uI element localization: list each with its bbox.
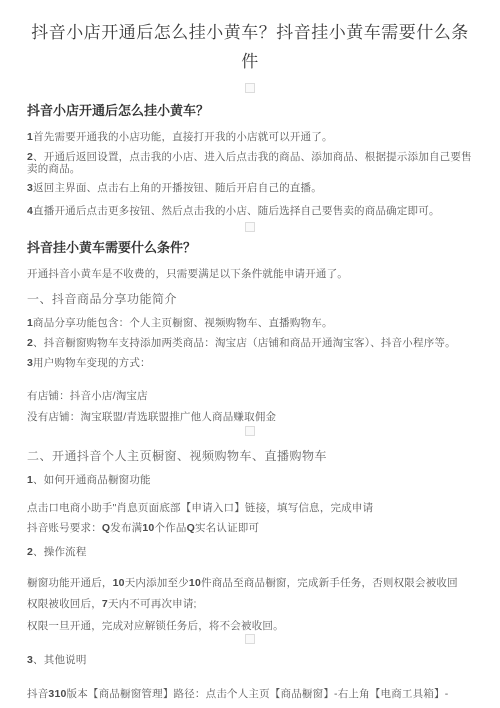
article-title: 抖音小店开通后怎么挂小黄车？抖音挂小黄车需要什么条件 [27,18,473,76]
article-page: 抖音小店开通后怎么挂小黄车？抖音挂小黄车需要什么条件 抖音小店开通后怎么挂小黄车… [0,18,500,700]
paragraph: 抖音310版本【商品橱窗管理】路径：点击个人主页【商品橱窗】-右上角【电商工具箱… [27,688,473,700]
paragraph: 抖音账号要求：Q发布满10个作品Q实名认证即可 [27,522,473,534]
paragraph: 3用户购物车变现的方式： [27,357,473,369]
paragraph: 权限一旦开通，完成对应解锁任务后，将不会被收回。 [27,620,473,632]
broken-image-placeholder-icon [245,426,255,436]
paragraph: 点击口电商小助手"肖息页面底部【申请入口】链接，填写信息，完成申请 [27,502,473,514]
broken-image-placeholder-icon [245,222,255,232]
paragraph: 2、抖音橱窗购物车支持添加两类商品：淘宝店（店铺和商品开通淘宝客）、抖音小程序等… [27,337,473,349]
paragraph: 1首先需要开通我的小店功能，直接打开我的小店就可以开通了。 [27,131,473,143]
sub-heading: 一、抖音商品分享功能简介 [27,292,473,306]
paragraph: 3返回主界面、点击右上角的开播按钮、随后开启自己的直播。 [27,182,473,194]
sub-heading: 二、开通抖音个人主页橱窗、视频购物车、直播购物车 [27,449,473,463]
paragraph: 开通抖音小黄车是不收费的，只需要满足以下条件就能申请开通了。 [27,268,473,280]
section-heading: 抖音小店开通后怎么挂小黄车？ [27,103,473,119]
section-heading: 抖音挂小黄车需要什么条件？ [27,240,473,256]
paragraph: 没有店铺：淘宝联盟/青选联盟推广他人商品赚取佣金 [27,411,473,423]
broken-image-placeholder-icon [245,634,255,644]
paragraph: 4直播开通后点击更多按钮、然后点击我的小店、随后选择自己要售卖的商品确定即可。 [27,205,473,217]
paragraph: 1、如何开通商品橱窗功能 [27,474,473,486]
broken-image-placeholder-icon [245,83,255,93]
paragraph: 橱窗功能开通后，10天内添加至少10件商品至商品橱窗，完成新手任务，否则权限会被… [27,577,473,589]
paragraph: 3、其他说明 [27,654,473,666]
paragraph: 1商品分享功能包含：个人主页橱窗、视频购物车、直播购物车。 [27,317,473,329]
paragraph: 2、操作流程 [27,546,473,558]
paragraph: 2、开通后返回设置，点击我的小店、进入后点击我的商品、添加商品、根据提示添加自己… [27,151,473,175]
paragraph: 有店铺：抖音小店/淘宝店 [27,390,473,402]
paragraph: 权限被收回后，7天内不可再次申请; [27,598,473,610]
